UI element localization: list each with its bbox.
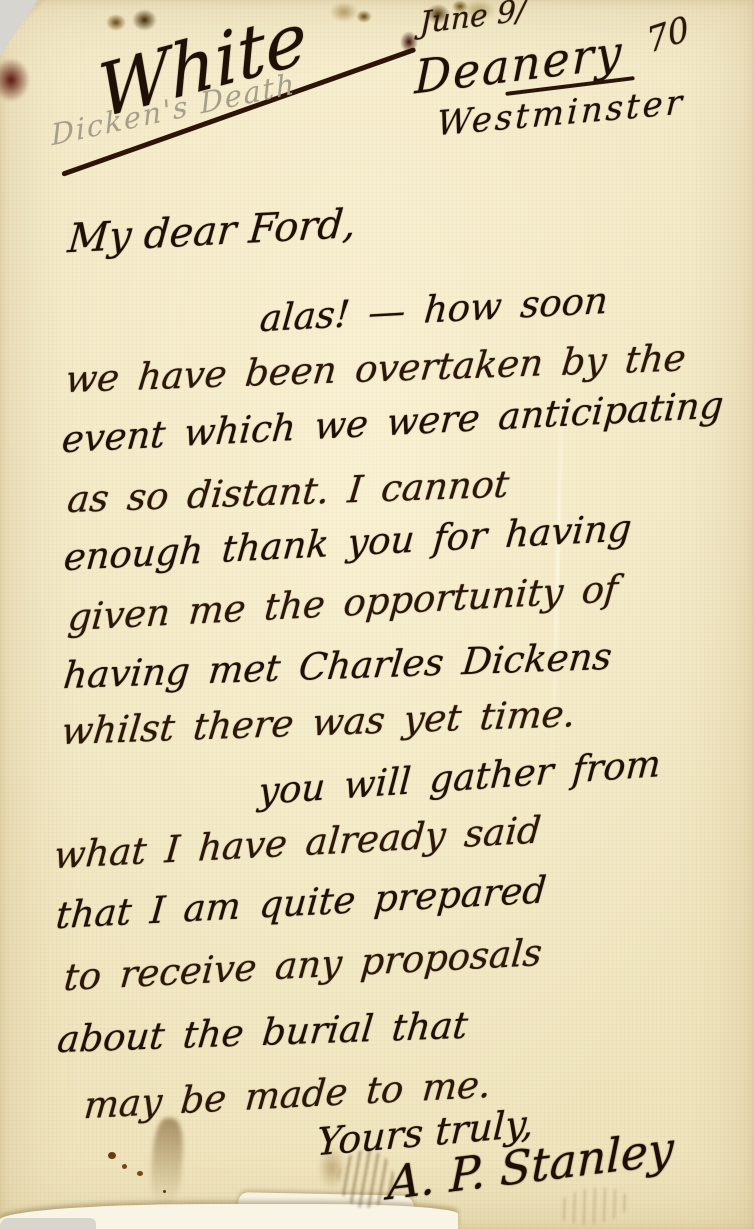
ink-dot bbox=[137, 1171, 143, 1176]
scanned-letter-page: White Dicken's Death June 9/ 70 Deanery … bbox=[0, 0, 754, 1229]
ink-stain bbox=[356, 10, 372, 23]
ink-dot bbox=[108, 1152, 116, 1159]
ink-stain bbox=[132, 9, 157, 31]
ink-stain bbox=[330, 2, 358, 22]
ink-stain bbox=[106, 14, 126, 31]
bottom-edge-shadow bbox=[0, 1218, 96, 1229]
ink-dot bbox=[122, 1164, 127, 1169]
